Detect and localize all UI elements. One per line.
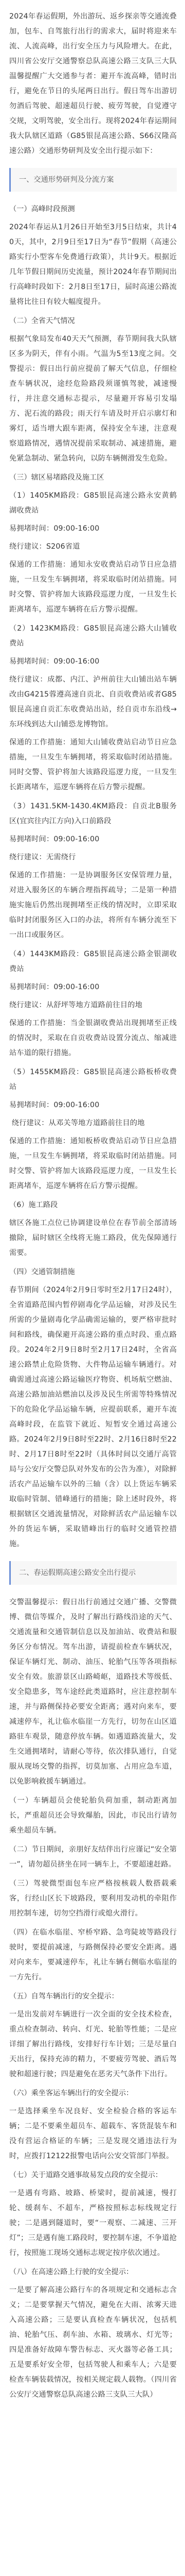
congestion-item-detour: 绕行建议：无需绕行 (9, 850, 177, 865)
congestion-item-measures: 保通的工作措施：当金银湖收费站出现拥堵至正线的情况时，采取在自贡收费站设置分流点… (9, 1016, 177, 1061)
tip-8-heading: （八）在高速公路上行驶的安全提示： (9, 2265, 177, 2280)
construction-text: 辖区各施工点位已协调建设单位在春节前全部清场撤除，届时辖区全线将无施工路段，优先… (9, 1216, 177, 1261)
tip-1: （一）车辆超员会使轮胎负荷加重，制动距离加长，严重超员还会导致爆胎，因此，市民出… (9, 1793, 177, 1838)
tip-3: （三）驾驶微型面包车应严格按核载人数搭载乘客，行经山区长下坡路段，要利用发动机的… (9, 1876, 177, 1921)
congestion-item-5: （5）1455KM路段：G85银昆高速公路板桥收费站 易拥堵时间：09:00-1… (9, 1065, 177, 1194)
intro-paragraph: 2024年春运假期，外出游玩、返乡探亲等交通流叠加，包车、自驾旅行出行的需求大，… (9, 9, 177, 159)
safety-intro: 交警温馨提示：假日出行前通过交通广播、交警微博、微信等媒介，及时了解出行路线沿途… (9, 1595, 177, 1789)
congestion-item-time: 易拥堵时间：09:00-16:00 (9, 654, 177, 669)
congestion-item-measures: 保通的工作措施：一是协调服务区安保管理力量，对进入服务区的车辆合理指挥疏导；二是… (9, 868, 177, 943)
control-heading: （四）交通管制措施 (9, 1265, 177, 1280)
congestion-item-time: 易拥堵时间：09:00-16:00 (9, 832, 177, 847)
peak-heading: （一）高峰时段预测 (9, 202, 177, 217)
congestion-item-title: （1）1405KM路段：G85银昆高速公路永安黄鹤湖收费站 (9, 488, 177, 518)
article-body: 2024年春运假期，外出游玩、返乡探亲等交通流叠加，包车、自驾旅行出行的需求大，… (0, 0, 185, 2417)
peak-text: 2024年春运从1月26日开始至3月5日结束，共计40天，其中，2月9日至17日… (9, 220, 177, 310)
weather-heading: （二）全省天气情况 (9, 314, 177, 329)
tip-7-text: 一是遇有弯路、坡路、桥梁时，提前减速，慢打轮、缓刹车、不超车，严格按照标志标线规… (9, 2186, 177, 2261)
tip-5-heading: （五）自驾车辆出行的安全提示： (9, 1989, 177, 2004)
congestion-heading: （三）辖区易堵路段及施工区 (9, 470, 177, 485)
construction-heading: （6）施工路段 (9, 1198, 177, 1213)
congestion-item-1: （1）1405KM路段：G85银昆高速公路永安黄鹤湖收费站 易拥堵时间：09:0… (9, 488, 177, 617)
congestion-item-title: （2）1423KM路段：G85银昆高速公路大山铺收费站 (9, 621, 177, 651)
tip-4: （四）在临水临崖、窄桥窄路、急弯陡坡等路段行驶时，要提前减速，与路侧保持必要安全… (9, 1925, 177, 1985)
congestion-item-3: （3）1431.5KM-1430.4KM路段：自贡北B服务区(宜宾往内江方向)入… (9, 799, 177, 943)
tip-7-heading: （七）关于道路交通事故易发点段的安全提示： (9, 2168, 177, 2183)
congestion-item-measures: 保通的工作措施：通知大山铺收费站启动节日应急措施，一旦发生车辆拥堵，将采取临时闭… (9, 735, 177, 795)
tip-6-text: 一是选择乘坐车况良好、安全检验合格的客运车辆；二是不要乘坐超员车、超载车、客货混… (9, 2104, 177, 2164)
congestion-item-measures: 保通的工作措施：通知板桥收费站启动节日应急措施，一旦发生车辆拥堵，将采取临时闭站… (9, 1134, 177, 1194)
tip-8-text: 一是要了解高速公路行车的各项规定和交通标志含义；二是要掌握天气情况，避免在大雨、… (9, 2283, 177, 2402)
congestion-item-measures: 保通的工作措施：通知永安收费站启动节日应急措施，一旦发生车辆拥堵，将采取临时闭站… (9, 557, 177, 617)
congestion-item-detour: 绕行建议：从舒坪等地方道路前往目的地 (9, 998, 177, 1013)
congestion-item-title: （3）1431.5KM-1430.4KM路段：自贡北B服务区(宜宾往内江方向)入… (9, 799, 177, 829)
congestion-item-detour: 绕行建议：成都、内江、泸州前往大山铺出站车辆改由G4215蓉遵高速自贡北、自贡收… (9, 672, 177, 732)
congestion-item-detour: 绕行建议：从邓关等地方道路前往目的地 (9, 1116, 177, 1131)
tip-5-text: 一是出发前对车辆进行一次全面的安全技术检查，重点检查制动、转向、灯光、轮胎等性能… (9, 2007, 177, 2082)
congestion-item-2: （2）1423KM路段：G85银昆高速公路大山铺收费站 易拥堵时间：09:00-… (9, 621, 177, 795)
weather-text: 根据气象局发布40天天气预测，春节期间我大队辖区多为阴天，伴有小雨。气温为5至1… (9, 332, 177, 466)
tip-6-heading: （六）乘坐客运车辆出行的安全提示： (9, 2086, 177, 2101)
tip-2: （二）节日期间，亲朋好友结伴出行应谨记“安全第一”，请勿超员挤坐在同一辆车上，不… (9, 1842, 177, 1872)
congestion-item-detour: 绕行建议：S206省道 (9, 539, 177, 554)
section-heading-1: 一、交通形势研判及分流方案 (9, 168, 177, 192)
control-text: 春节期间（2024年2月9日零时至2月17日24时），全省道路范围内暂停剧毒化学… (9, 1283, 177, 1552)
congestion-item-time: 易拥堵时间：09:00-16:00 (9, 1098, 177, 1113)
congestion-item-title: （4）1443KM路段：G85银昆高速公路金银湖收费站 (9, 947, 177, 977)
section-heading-2: 二、春运假期高速公路安全出行提示 (9, 1561, 177, 1585)
congestion-item-4: （4）1443KM路段：G85银昆高速公路金银湖收费站 易拥堵时间：09:00-… (9, 947, 177, 1061)
congestion-item-title: （5）1455KM路段：G85银昆高速公路板桥收费站 (9, 1065, 177, 1095)
congestion-item-time: 易拥堵时间：09:00-16:00 (9, 980, 177, 995)
congestion-item-time: 易拥堵时间：09:00-16:00 (9, 521, 177, 536)
